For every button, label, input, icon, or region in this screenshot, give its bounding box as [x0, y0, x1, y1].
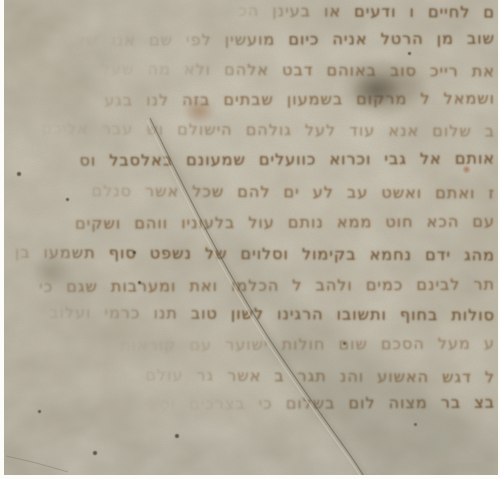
ink-speck	[138, 281, 141, 284]
manuscript-photo: ם לחיים ו ודעים או בעינן הכ שוב מן הרטל …	[0, 0, 500, 479]
ink-speck	[17, 172, 21, 176]
script-line-1: ם לחיים ו ודעים או בעינן הכ	[0, 0, 495, 26]
grey-smudge	[30, 255, 70, 289]
red-speck	[462, 165, 471, 174]
ink-speck	[408, 52, 411, 55]
script-line-14: בצ בר מצוה לום בשלום כי בצרכים וסיף ער	[0, 393, 495, 419]
script-line-13: ל דגש האשוע והנ תגר ב אשר גר עולם	[0, 365, 495, 391]
ink-speck	[133, 251, 136, 254]
script-line-5: ב שלום אנא עוד לעל גולהם הישולם וש עבר א…	[0, 119, 495, 145]
script-line-10: תר לבינם כמים ולהב ל הכלמו ואת ומערבות ש…	[0, 275, 495, 301]
red-blotch	[183, 98, 215, 124]
script-line-6: אותם אל גבי וכרוא כוועלים שמעונם באלסבל …	[0, 149, 495, 175]
script-line-2: שוב מן הרטל אניה כיום מועשין לפי שם אנו …	[0, 29, 495, 55]
ink-speck	[343, 342, 346, 345]
ink-speck	[93, 451, 97, 455]
script-line-12: ע מעל הסכם שום חולות ישוער עם קוראות	[0, 334, 495, 360]
script-line-11: סולות בחוף ותשובו הרגינו לשון טוב תנו כר…	[0, 303, 495, 329]
ink-speck	[66, 198, 69, 201]
dark-stain-core	[352, 72, 400, 108]
ink-speck	[38, 410, 41, 413]
script-line-8: עם הכא חוט ממא נותם עול בלעוניו ווהם ושק…	[0, 212, 495, 238]
scan-edge-bottom	[0, 475, 500, 479]
ink-speck	[175, 434, 179, 438]
script-line-7: ז ואתם ואשט עב לע ים להם שכל אשר סנלם	[0, 181, 495, 207]
ink-speck	[414, 423, 417, 426]
script-text-block: ם לחיים ו ודעים או בעינן הכ שוב מן הרטל …	[0, 0, 500, 479]
script-line-9: מהג ידם נחמא בקימול וסלוים של נשפט סוף ת…	[0, 243, 495, 269]
scan-edge-left	[0, 0, 4, 479]
